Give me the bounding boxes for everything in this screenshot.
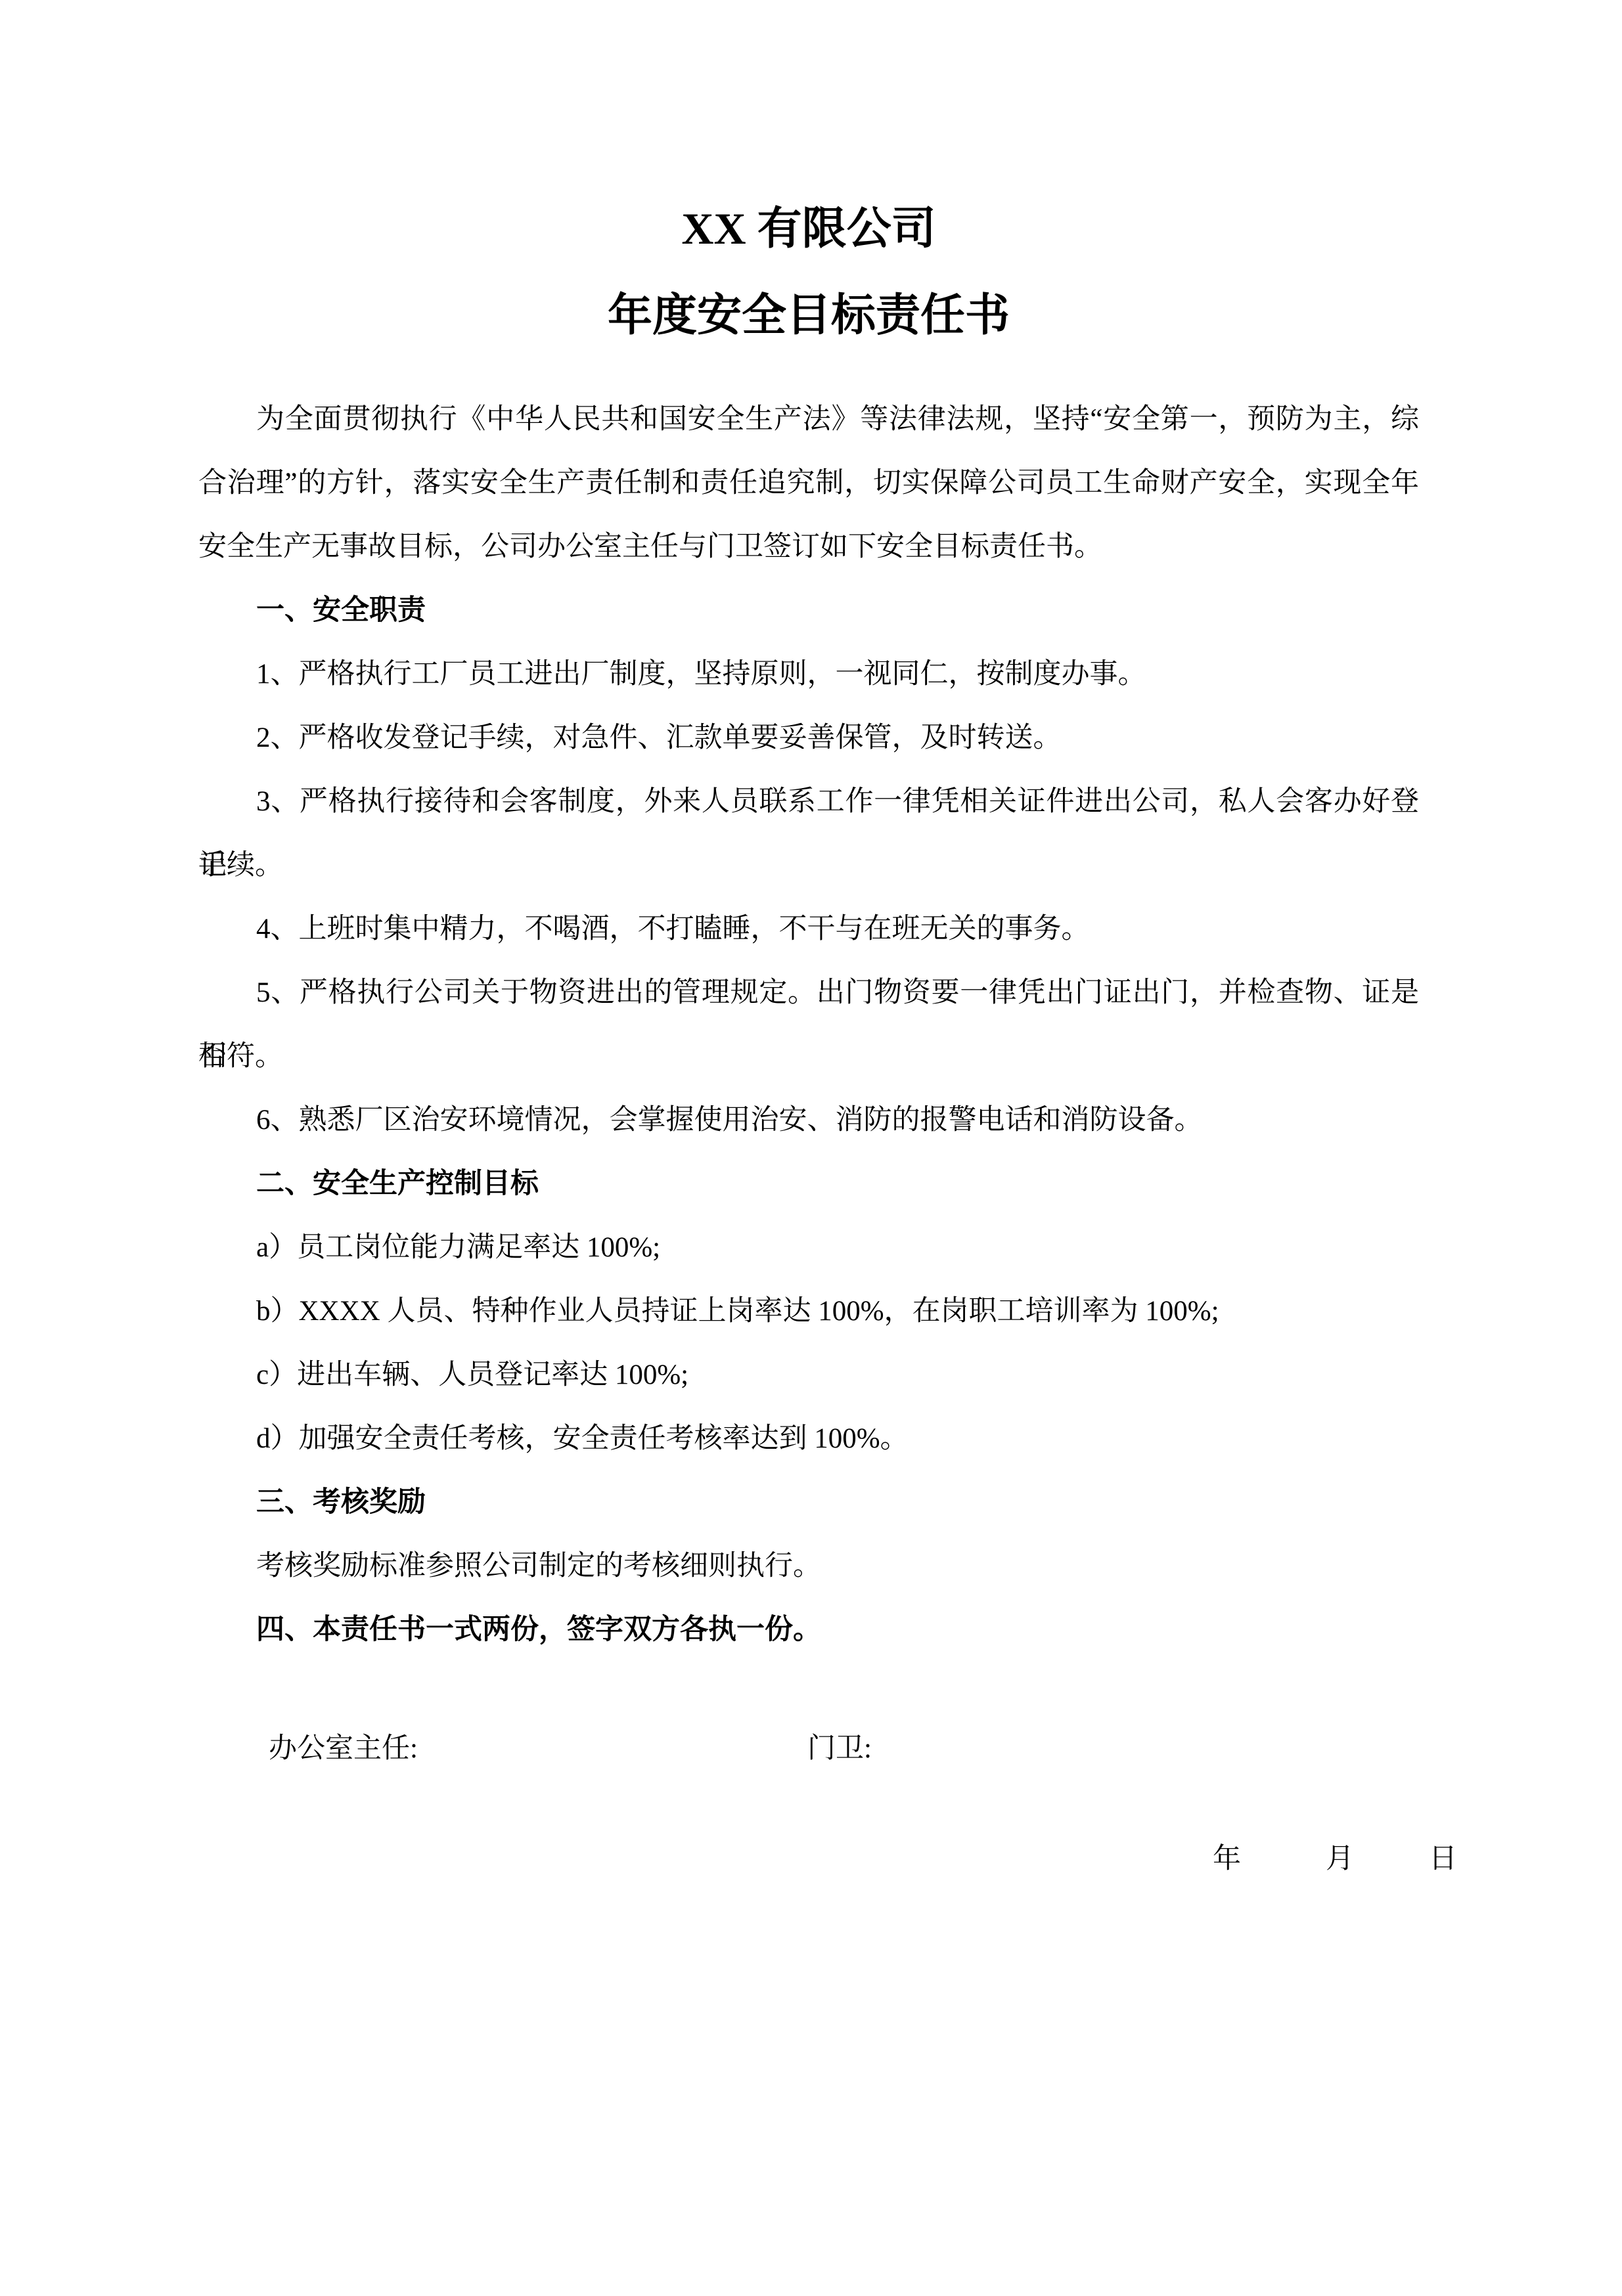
- section2-item-b: b）XXXX 人员、特种作业人员持证上岗率达 100%，在岗职工培训率为 100…: [198, 1279, 1419, 1343]
- office-director-signature-label: 办公室主任:: [269, 1733, 418, 1764]
- section1-heading: 一、安全职责: [198, 579, 1419, 642]
- section2-item-d: d）加强安全责任考核，安全责任考核率达到 100%。: [198, 1407, 1419, 1470]
- section1-item-6: 6、熟悉厂区治安环境情况，会掌握使用治安、消防的报警电话和消防设备。: [198, 1088, 1419, 1152]
- intro-line-1: 为全面贯彻执行《中华人民共和国安全生产法》等法律法规，坚持“安全第一，预防为主，…: [198, 387, 1419, 451]
- document-page: XX 有限公司 年度安全目标责任书 为全面贯彻执行《中华人民共和国安全生产法》等…: [0, 0, 1622, 2296]
- section3-heading: 三、考核奖励: [198, 1470, 1419, 1534]
- section1-item-5-line-2: 相符。: [198, 1025, 1419, 1088]
- date-day-label: 日: [1429, 1827, 1457, 1891]
- date-year-label: 年: [1213, 1827, 1241, 1891]
- intro-line-2: 合治理”的方针，落实安全生产责任制和责任追究制，切实保障公司员工生命财产安全，实…: [198, 451, 1419, 515]
- section2-heading: 二、安全生产控制目标: [198, 1152, 1419, 1216]
- date-month-label: 月: [1326, 1827, 1354, 1891]
- section3-body: 考核奖励标准参照公司制定的考核细则执行。: [198, 1534, 1419, 1598]
- date-row: 年 月 日: [198, 1827, 1419, 1891]
- section1-item-2: 2、严格收发登记手续，对急件、汇款单要妥善保管，及时转送。: [198, 706, 1419, 770]
- signature-row: 办公室主任: 门卫:: [198, 1717, 1419, 1780]
- section1-item-4: 4、上班时集中精力，不喝酒，不打瞌睡，不干与在班无关的事务。: [198, 897, 1419, 961]
- section4-heading: 四、本责任书一式两份，签字双方各执一份。: [198, 1598, 1419, 1662]
- company-title: XX 有限公司: [198, 197, 1419, 261]
- document-title: 年度安全目标责任书: [198, 284, 1419, 347]
- section1-item-3-line-1: 3、严格执行接待和会客制度，外来人员联系工作一律凭相关证件进出公司，私人会客办好…: [198, 770, 1419, 833]
- intro-line-3: 安全生产无事故目标，公司办公室主任与门卫签订如下安全目标责任书。: [198, 515, 1419, 579]
- section2-item-c: c）进出车辆、人员登记率达 100%;: [198, 1343, 1419, 1407]
- section2-item-a: a）员工岗位能力满足率达 100%;: [198, 1216, 1419, 1279]
- section1-item-1: 1、严格执行工厂员工进出厂制度，坚持原则，一视同仁，按制度办事。: [198, 642, 1419, 706]
- section1-item-3-line-2: 手续。: [198, 833, 1419, 897]
- gatekeeper-signature-label: 门卫:: [807, 1717, 872, 1780]
- section1-item-5-line-1: 5、严格执行公司关于物资进出的管理规定。出门物资要一律凭出门证出门，并检查物、证…: [198, 961, 1419, 1025]
- document-body: XX 有限公司 年度安全目标责任书 为全面贯彻执行《中华人民共和国安全生产法》等…: [198, 197, 1419, 1891]
